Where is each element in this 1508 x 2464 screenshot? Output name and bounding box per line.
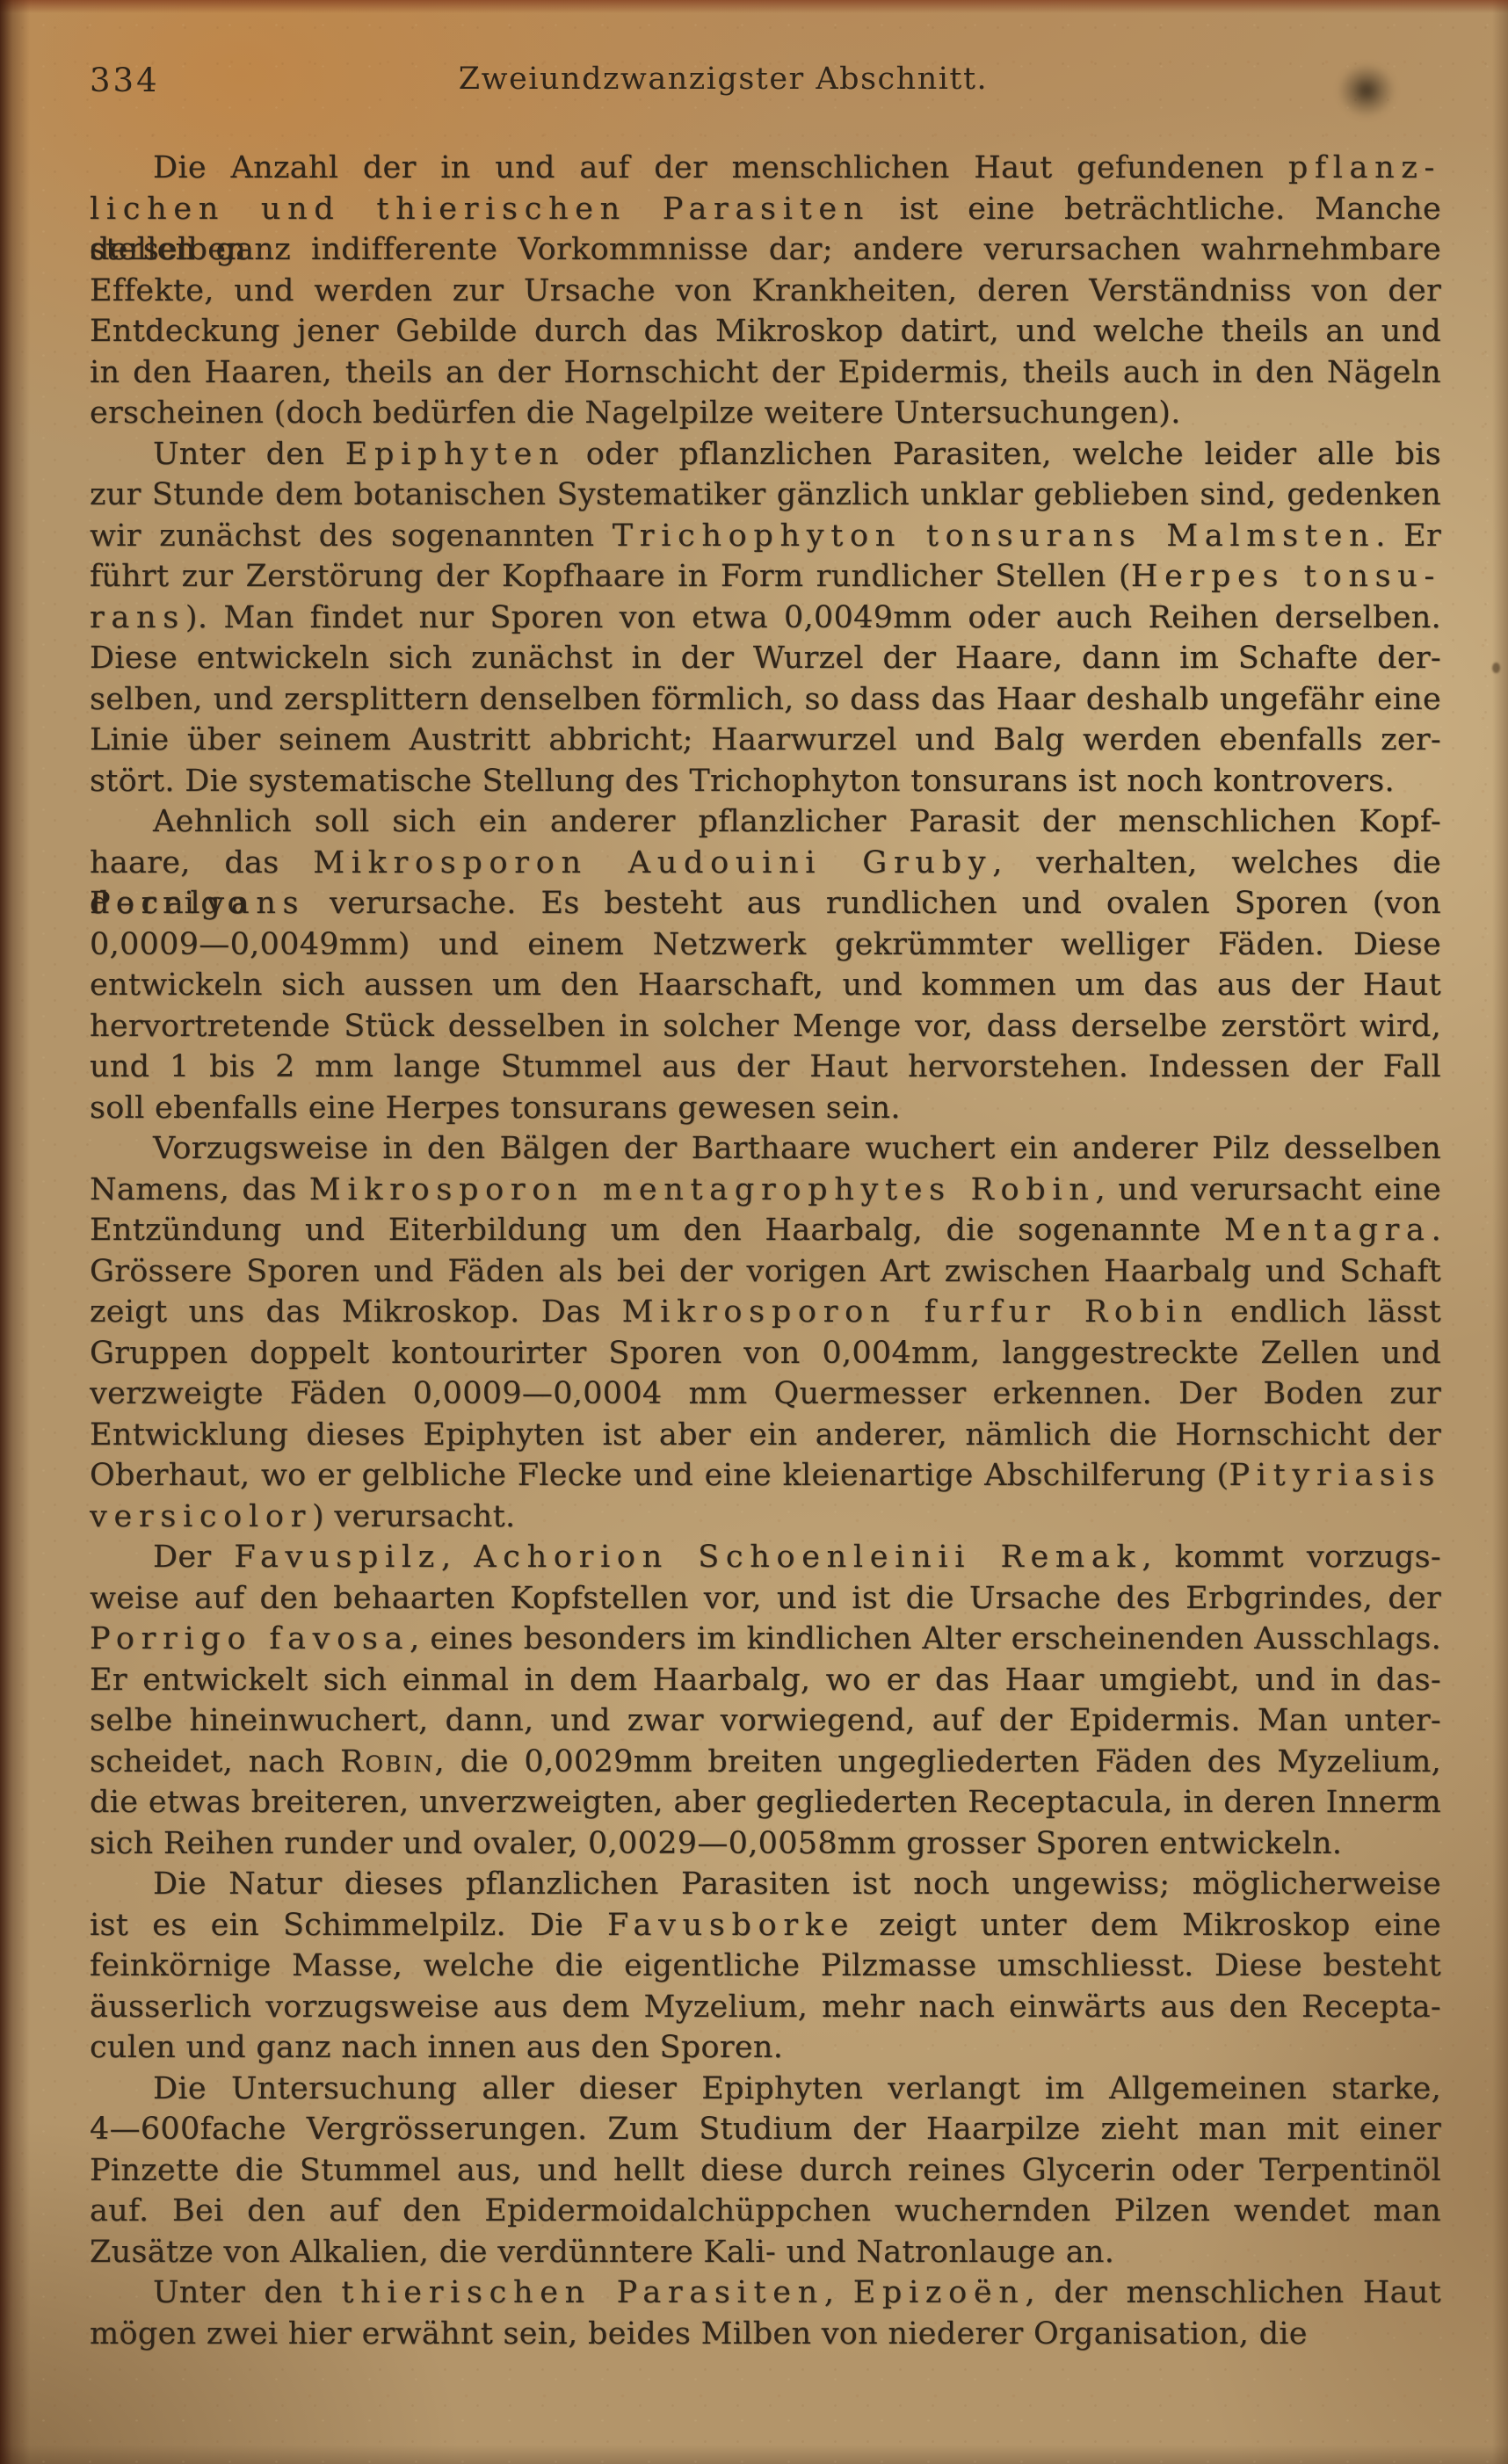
text-line: Pinzette die Stummel aus, und hellt dies… (90, 2150, 1441, 2192)
page-header: 334 Zweiundzwanzigster Abschnitt. (90, 62, 1441, 104)
text-line: scheidet, nach Robin, die 0,0029mm breit… (90, 1742, 1441, 1783)
text-line: Grössere Sporen und Fäden als bei der vo… (90, 1251, 1441, 1293)
text-line: stellen ganz indifferente Vorkommnisse d… (90, 229, 1441, 271)
text-line: zeigt uns das Mikroskop. Das Mikrosporon… (90, 1292, 1441, 1333)
text-line: Porrigo favosa, eines besonders im kindl… (90, 1619, 1441, 1660)
text-line: führt zur Zerstörung der Kopfhaare in Fo… (90, 556, 1441, 598)
text-line: decalvans verursache. Es besteht aus run… (90, 883, 1441, 924)
text-line: und 1 bis 2 mm lange Stummel aus der Hau… (90, 1047, 1441, 1088)
text-line: in den Haaren, theils an der Hornschicht… (90, 352, 1441, 394)
text-line: wir zunächst des sogenannten Trichophyto… (90, 516, 1441, 557)
text-line: Die Natur dieses pflanzlichen Parasiten … (90, 1864, 1441, 1905)
text-line: 4—600fache Vergrösserungen. Zum Studium … (90, 2109, 1441, 2150)
text-line: ist es ein Schimmelpilz. Die Favusborke … (90, 1905, 1441, 1946)
text-line: Die Anzahl der in und auf der menschlich… (90, 148, 1441, 189)
text-line: Aehnlich soll sich ein anderer pflanzlic… (90, 801, 1441, 843)
text-line: selbe hineinwuchert, dann, und zwar vorw… (90, 1700, 1441, 1742)
text-line: selben, und zersplittern denselben förml… (90, 679, 1441, 721)
text-line: Zusätze von Alkalien, die verdünntere Ka… (90, 2232, 1441, 2273)
text-line: Entwicklung dieses Epiphyten ist aber ei… (90, 1415, 1441, 1456)
text-line: auf. Bei den auf den Epidermoidalchüppch… (90, 2191, 1441, 2232)
text-line: Oberhaut, wo er gelbliche Flecke und ein… (90, 1455, 1441, 1497)
text-line: haare, das Mikrosporon Audouini Gruby, v… (90, 843, 1441, 884)
book-page-scan: 334 Zweiundzwanzigster Abschnitt. Die An… (0, 0, 1508, 2464)
text-line: rans). Man findet nur Sporen von etwa 0,… (90, 598, 1441, 639)
text-line: Linie über seinem Austritt abbricht; Haa… (90, 720, 1441, 761)
text-line: soll ebenfalls eine Herpes tonsurans gew… (90, 1088, 1441, 1129)
text-line: Entdeckung jener Gebilde durch das Mikro… (90, 311, 1441, 352)
text-line: Entzündung und Eiterbildung um den Haarb… (90, 1210, 1441, 1251)
text-line: Unter den Epiphyten oder pflanzlichen Pa… (90, 434, 1441, 475)
text-line: Namens, das Mikrosporon mentagrophytes R… (90, 1170, 1441, 1211)
text-line: lichen und thierischen Parasiten ist ein… (90, 189, 1441, 230)
text-line: Er entwickelt sich einmal in dem Haarbal… (90, 1660, 1441, 1701)
text-line: 0,0009—0,0049mm) und einem Netzwerk gekr… (90, 924, 1441, 966)
text-line: Vorzugsweise in den Bälgen der Barthaare… (90, 1128, 1441, 1170)
text-line: sich Reihen runder und ovaler, 0,0029—0,… (90, 1823, 1441, 1865)
text-line: verzweigte Fäden 0,0009—0,0004 mm Querme… (90, 1373, 1441, 1415)
text-line: zur Stunde dem botanischen Systematiker … (90, 475, 1441, 516)
text-block: Die Anzahl der in und auf der menschlich… (90, 148, 1441, 2354)
paper-speck (1492, 663, 1500, 673)
text-line: Die Untersuchung aller dieser Epiphyten … (90, 2069, 1441, 2110)
text-line: die etwas breiteren, unverzweigten, aber… (90, 1782, 1441, 1823)
text-line: erscheinen (doch bedürfen die Nagelpilze… (90, 393, 1441, 434)
chapter-title: Zweiundzwanzigster Abschnitt. (90, 62, 1357, 97)
text-line: Gruppen doppelt kontourirter Sporen von … (90, 1333, 1441, 1374)
text-line: versicolor) verursacht. (90, 1497, 1441, 1538)
text-line: stört. Die systematische Stellung des Tr… (90, 761, 1441, 802)
text-line: Unter den thierischen Parasiten, Epizoën… (90, 2272, 1441, 2314)
text-line: entwickeln sich aussen um den Haarschaft… (90, 965, 1441, 1006)
page-number: 334 (90, 62, 160, 99)
text-line: Diese entwickeln sich zunächst in der Wu… (90, 638, 1441, 679)
text-line: feinkörnige Masse, welche die eigentlich… (90, 1946, 1441, 1987)
text-line: hervortretende Stück desselben in solche… (90, 1006, 1441, 1047)
text-line: mögen zwei hier erwähnt sein, beides Mil… (90, 2314, 1441, 2355)
text-line: Der Favuspilz, Achorion Schoenleinii Rem… (90, 1537, 1441, 1578)
text-line: Effekte, und werden zur Ursache von Kran… (90, 271, 1441, 312)
text-line: weise auf den behaarten Kopfstellen vor,… (90, 1578, 1441, 1620)
text-line: äusserlich vorzugsweise aus dem Myzelium… (90, 1987, 1441, 2028)
text-line: culen und ganz nach innen aus den Sporen… (90, 2027, 1441, 2069)
